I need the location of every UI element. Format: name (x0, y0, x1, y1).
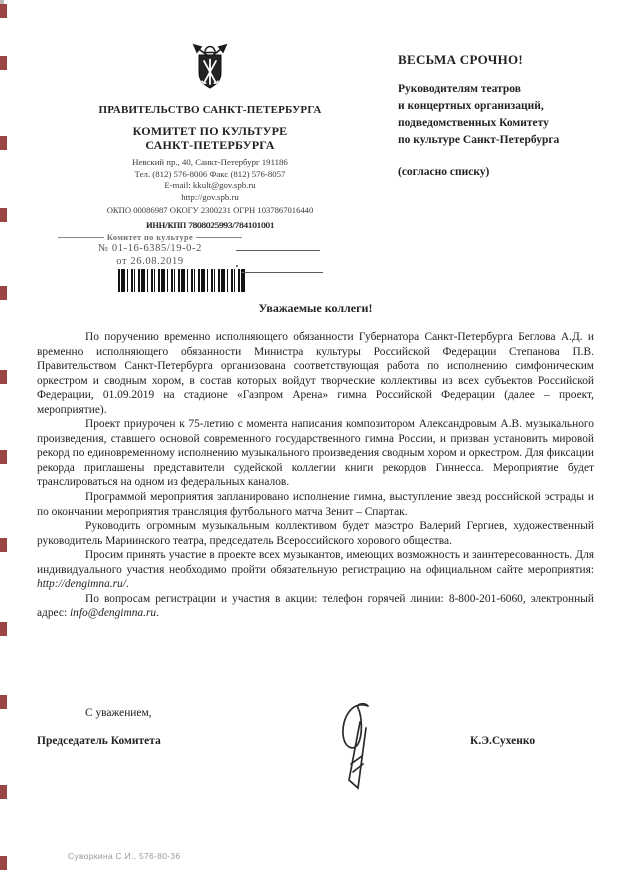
government-title: ПРАВИТЕЛЬСТВО САНКТ-ПЕТЕРБУРГА (80, 104, 340, 116)
stamp-org-name: Комитет по культуре (58, 233, 242, 242)
paragraph-5-end: . (126, 578, 129, 590)
paragraph-6: По вопросам регистрации и участия в акци… (37, 592, 594, 621)
spb-coat-of-arms-icon (183, 42, 237, 100)
committee-title-line2: САНКТ-ПЕТЕРБУРГА (80, 138, 340, 152)
handwritten-signature (322, 698, 406, 796)
letterhead-inn-kpp: ИНН/КПП 7808025993/784101001 (80, 220, 340, 230)
film-edge-mark (0, 4, 7, 18)
committee-title: КОМИТЕТ ПО КУЛЬТУРЕ САНКТ-ПЕТЕРБУРГА (80, 124, 340, 152)
closing-regards: С уважением, (37, 707, 594, 719)
salutation: Уважаемые коллеги! (37, 301, 594, 316)
paragraph-1: По поручению временно исполняющего обяза… (37, 330, 594, 417)
paragraph-6-end: . (156, 607, 159, 619)
recipient-line: Руководителям театров (398, 81, 598, 98)
blank-fill-line (236, 250, 320, 251)
recipient-line: и концертных организаций, (398, 98, 598, 115)
letterhead-phone-fax: Тел. (812) 576-8006 Факс (812) 576-8057 (80, 169, 340, 181)
barcode (118, 269, 246, 292)
paragraph-4: Руководить огромным музыкальным коллекти… (37, 519, 594, 548)
paragraph-2: Проект приурочен к 75-летию с момента на… (37, 417, 594, 490)
film-edge-mark (0, 856, 7, 870)
film-edge-mark (0, 450, 7, 464)
film-edge-mark (0, 136, 7, 150)
letterhead-reg-codes: ОКПО 00086987 ОКОГУ 2300231 ОГРН 1037867… (80, 205, 340, 215)
scanned-letter-page: ПРАВИТЕЛЬСТВО САНКТ-ПЕТЕРБУРГА КОМИТЕТ П… (0, 0, 620, 877)
stamp-registration-number: № 01-16-6385/19-0-2 (58, 243, 242, 254)
letterhead-email: E-mail: kkult@gov.spb.ru (80, 180, 340, 192)
letterhead-contacts: Невский пр., 40, Санкт-Петербург 191186 … (80, 157, 340, 203)
event-site-link: http://dengimna.ru/ (37, 578, 126, 590)
letterhead-address: Невский пр., 40, Санкт-Петербург 191186 (80, 157, 340, 169)
signer-name: К.Э.Сухенко (470, 735, 535, 747)
recipient-note: (согласно списку) (398, 166, 598, 178)
recipient-lines: Руководителям театров и концертных орган… (398, 81, 598, 149)
recipient-block: ВЕСЬМА СРОЧНО! Руководителям театров и к… (398, 52, 598, 178)
paragraph-5: Просим принять участие в проекте всех му… (37, 548, 594, 592)
committee-title-line1: КОМИТЕТ ПО КУЛЬТУРЕ (80, 124, 340, 138)
film-edge-mark (0, 538, 7, 552)
recipient-line: по культуре Санкт-Петербурга (398, 132, 598, 149)
film-edge-mark (0, 622, 7, 636)
film-edge-mark (0, 208, 7, 222)
paragraph-5-text: Просим принять участие в проекте всех му… (37, 549, 594, 576)
film-edge-mark (0, 370, 7, 384)
signer-title: Председатель Комитета (37, 735, 161, 747)
film-edge-mark (0, 785, 7, 799)
executor-note: Суворкина С.И., 576-80-36 (68, 851, 180, 861)
urgency-label: ВЕСЬМА СРОЧНО! (398, 52, 598, 68)
film-edge-mark (0, 695, 7, 709)
scan-speck (236, 265, 238, 267)
recipient-line: подведомственных Комитету (398, 115, 598, 132)
stamp-org-label: Комитет по культуре (107, 233, 193, 242)
stamp-date: от 26.08.2019 (58, 256, 242, 267)
contact-email: info@dengimna.ru (70, 607, 156, 619)
paragraph-3: Программой мероприятия запланировано исп… (37, 490, 594, 519)
letter-body: По поручению временно исполняющего обяза… (37, 330, 594, 621)
signature-row: Председатель Комитета К.Э.Сухенко (37, 735, 594, 747)
blank-fill-line (241, 272, 323, 273)
letterhead-website: http://gov.spb.ru (80, 192, 340, 204)
film-edge-mark (0, 286, 7, 300)
film-edge-mark (0, 56, 7, 70)
